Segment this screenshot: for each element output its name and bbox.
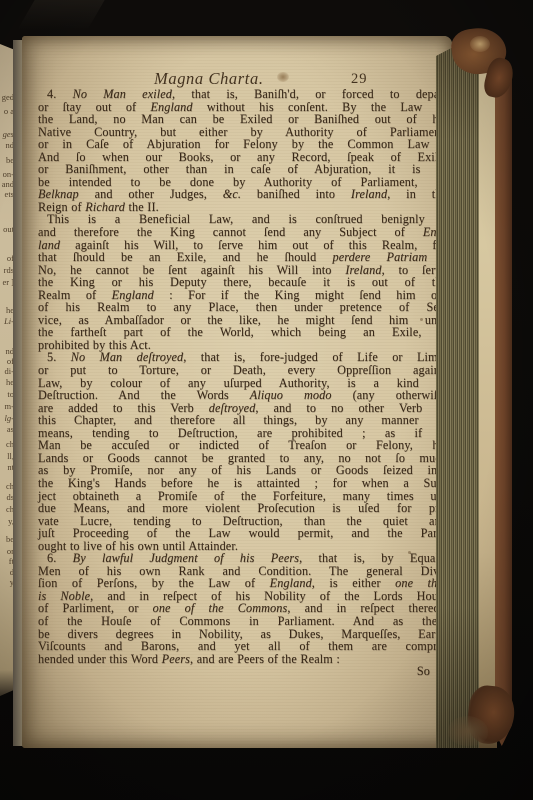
worn-corner-bottom — [448, 716, 488, 746]
fore-edge-pages — [436, 42, 482, 748]
text-line: hended under this Word Peers, and are Pe… — [38, 653, 447, 666]
worn-corner-top — [470, 36, 490, 52]
paragraph: 6. By lawful Judgment of his Peers, that… — [38, 552, 447, 665]
page-number: 29 — [351, 71, 368, 88]
paragraph: 5. No Man deſtroyed, that is, fore-judge… — [38, 351, 447, 552]
page-block-edge — [479, 48, 497, 748]
leather-cover-edge — [495, 54, 512, 746]
paragraph: This is a Beneficial Law, and is conſtru… — [38, 213, 447, 351]
book-page: Magna Charta. 29 4. No Man exiled, that … — [22, 36, 452, 748]
catchword: So — [38, 665, 447, 678]
page-title: Magna Charta. — [154, 69, 264, 89]
photo-glare — [17, 0, 104, 30]
paragraph: 4. No Man exiled, that is, Baniſh'd, or … — [38, 88, 447, 213]
body-text: 4. No Man exiled, that is, Baniſh'd, or … — [38, 88, 447, 678]
